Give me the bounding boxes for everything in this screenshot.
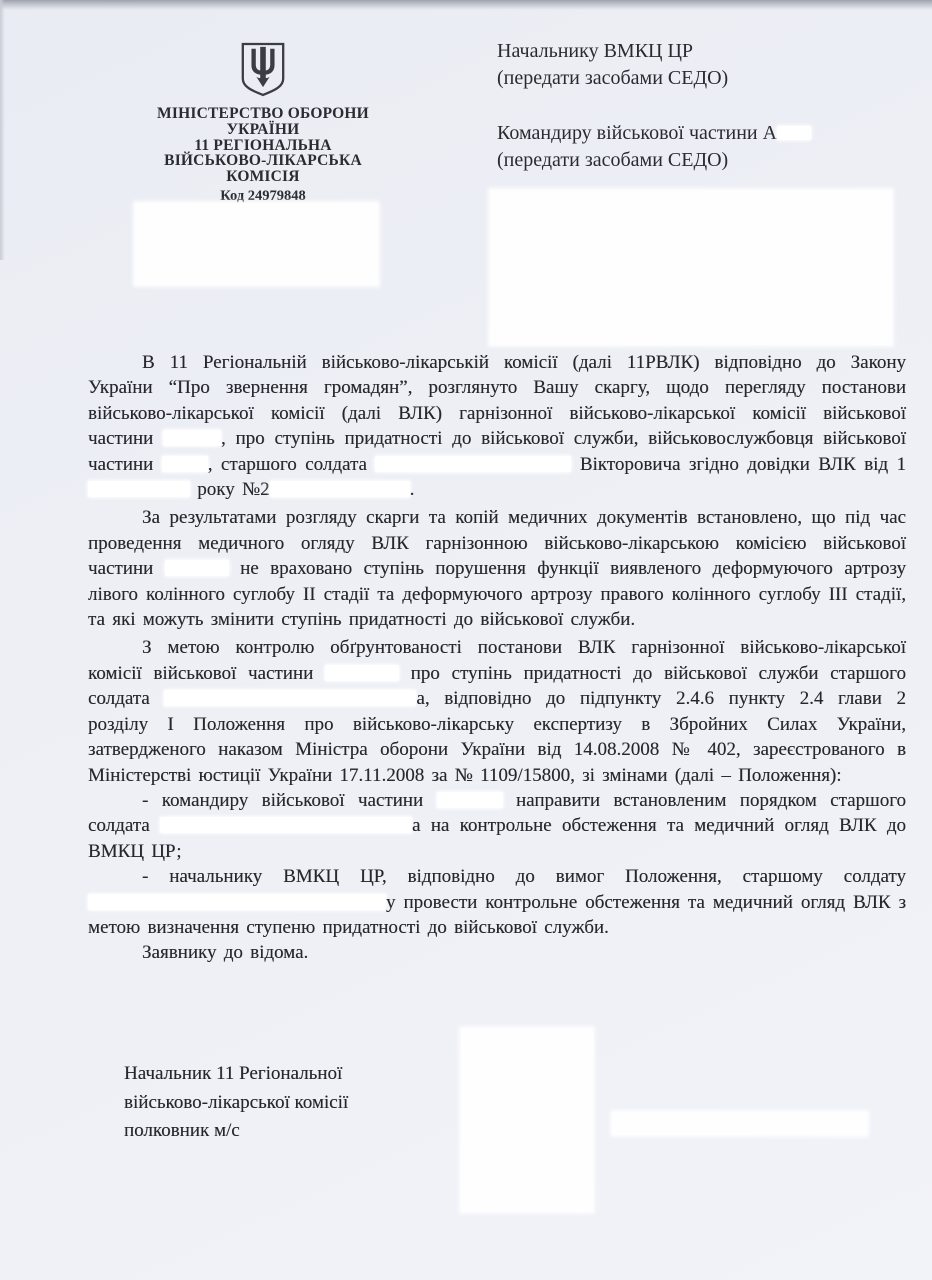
list-item-chief: - начальнику ВМКЦ ЦР, відповідно до вимо… [88,864,906,940]
addressee-via: (передати засобами СЕДО) [497,147,917,174]
paragraph-3: З метою контролю обґрунтованості постано… [88,635,906,787]
redaction-inline [437,792,503,808]
addressee-to: Начальнику ВМКЦ ЦР [497,38,917,65]
redaction-inline [160,817,412,833]
p1-text: Вікторовича згідно довідки ВЛК від 1 [580,454,906,475]
redaction-box-stamp [461,1028,593,1212]
redaction-inline [375,456,571,472]
letterhead: МІНІСТЕРСТВО ОБОРОНИ УКРАЇНИ 11 РЕГІОНАЛ… [148,40,378,205]
scan-edge-top [0,0,932,10]
ukraine-trident-emblem-icon [238,40,288,103]
paragraph-1: В 11 Регіональній військово-лікарській к… [88,350,906,502]
p1-text: , старшого солдата [208,454,367,475]
paragraph-2: За результатами розгляду скарги та копій… [88,505,906,632]
p5-text: - начальнику ВМКЦ ЦР, відповідно до вимо… [142,866,906,887]
org-name-line: МІНІСТЕРСТВО ОБОРОНИ [148,106,378,122]
redaction-box-signature-name [612,1112,867,1135]
addressee-to: Командиру військової частини А [497,120,917,147]
scanned-letter-page: МІНІСТЕРСТВО ОБОРОНИ УКРАЇНИ 11 РЕГІОНАЛ… [0,0,932,1280]
redaction-inline [165,560,229,576]
signature-line: полковник м/с [124,1117,348,1146]
redaction-box-recipient [490,190,892,345]
redaction-inline [164,690,416,706]
org-name-line: 11 РЕГІОНАЛЬНА [148,138,378,154]
redaction-inline [325,665,399,681]
redaction-box-ref-number [135,203,378,285]
paragraph-closing: Заявнику до відома. [88,940,906,965]
p4-text: - командиру військової частини [142,790,423,811]
addressee-to-text: Командиру військової частини А [497,122,777,144]
org-name-line: ВІЙСЬКОВО-ЛІКАРСЬКА [148,153,378,169]
redaction-inline [88,481,190,497]
signature-block: Начальник 11 Регіональної військово-ліка… [124,1060,348,1146]
p1-text: року №2 [197,479,269,500]
list-item-commander: - командиру військової частини направити… [88,788,906,864]
redaction-inline [88,894,386,910]
p1-text: . [410,479,415,500]
signature-line: військово-лікарської комісії [124,1089,348,1118]
addressee-1: Начальнику ВМКЦ ЦР (передати засобами СЕ… [497,38,917,92]
org-name-line: УКРАЇНИ [148,122,378,138]
redaction-inline [777,126,811,140]
redaction-inline [162,456,208,472]
addressee-via: (передати засобами СЕДО) [497,65,917,92]
scan-edge-left [0,0,5,260]
addressee-block: Начальнику ВМКЦ ЦР (передати засобами СЕ… [497,38,917,202]
org-name-line: КОМІСІЯ [148,169,378,185]
letter-body: В 11 Регіональній військово-лікарській к… [88,350,906,966]
redaction-inline [270,481,410,497]
redaction-inline [163,430,221,446]
signature-line: Начальник 11 Регіональної [124,1060,348,1089]
addressee-2: Командиру військової частини А (передати… [497,120,917,174]
